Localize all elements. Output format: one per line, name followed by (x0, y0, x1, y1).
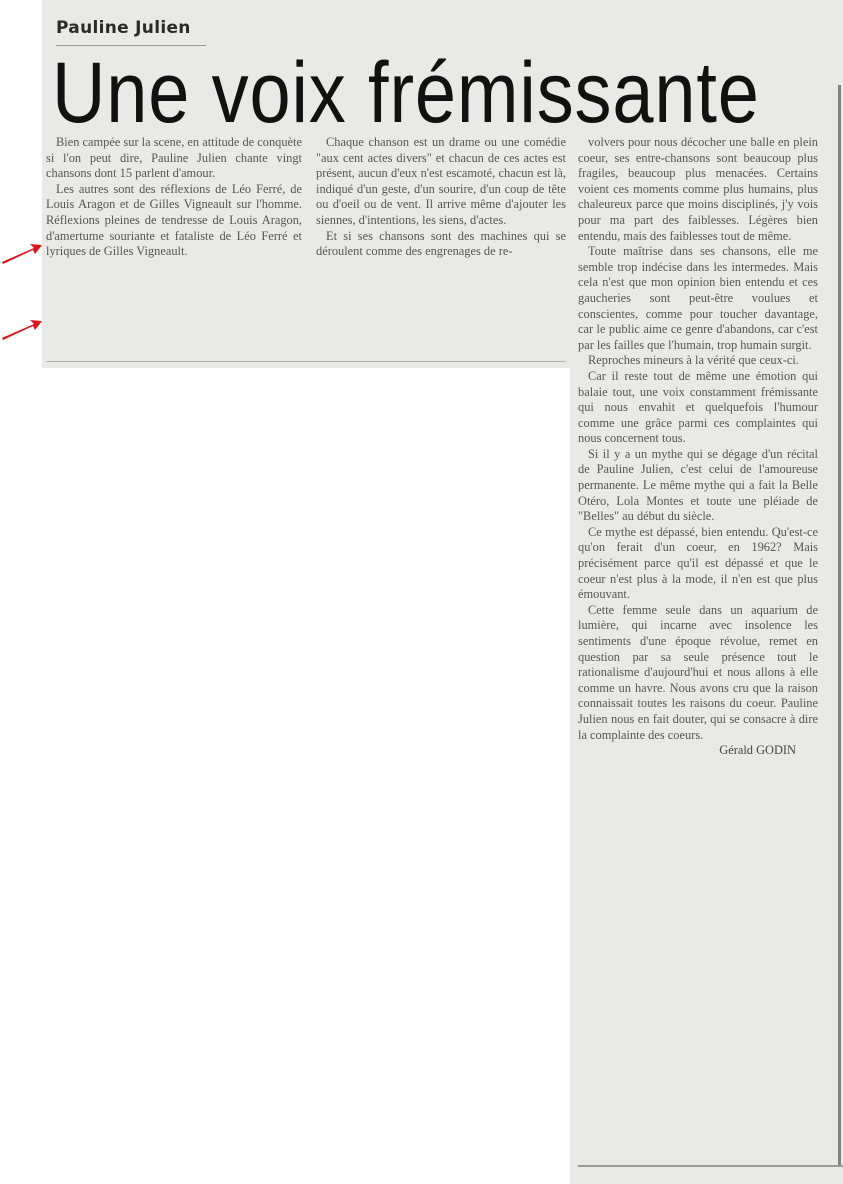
paragraph: Les autres sont des réflexions de Léo Fe… (46, 182, 302, 260)
paragraph: Si il y a un mythe qui se dégage d'un ré… (578, 447, 818, 525)
column-rule (838, 85, 841, 1165)
bottom-rule (578, 1165, 843, 1167)
paragraph: volvers pour nous décocher une balle en … (578, 135, 818, 244)
article-column-1: Bien campée sur la scene, en attitude de… (46, 135, 302, 260)
article-column-2: Chaque chanson est un drame ou une coméd… (316, 135, 566, 260)
article-headline: Une voix frémissante (52, 48, 714, 138)
article-column-3: volvers pour nous décocher une balle en … (578, 135, 818, 759)
paragraph: Cette femme seule dans un aquarium de lu… (578, 603, 818, 743)
paragraph: Ce mythe est dépassé, bien entendu. Qu'e… (578, 525, 818, 603)
paragraph: Chaque chanson est un drame ou une coméd… (316, 135, 566, 229)
paragraph: Toute maîtrise dans ses chansons, elle m… (578, 244, 818, 353)
author-signature: Gérald GODIN (578, 743, 818, 759)
paragraph: Car il reste tout de même une émotion qu… (578, 369, 818, 447)
paragraph: Et si ses chansons sont des machines qui… (316, 229, 566, 260)
article-kicker: Pauline Julien (56, 18, 191, 38)
bottom-rule (46, 361, 566, 362)
red-arrow-icon (0, 240, 44, 266)
paragraph: Reproches mineurs à la vérité que ceux-c… (578, 353, 818, 369)
red-arrow-icon (0, 316, 44, 342)
paragraph: Bien campée sur la scene, en attitude de… (46, 135, 302, 182)
